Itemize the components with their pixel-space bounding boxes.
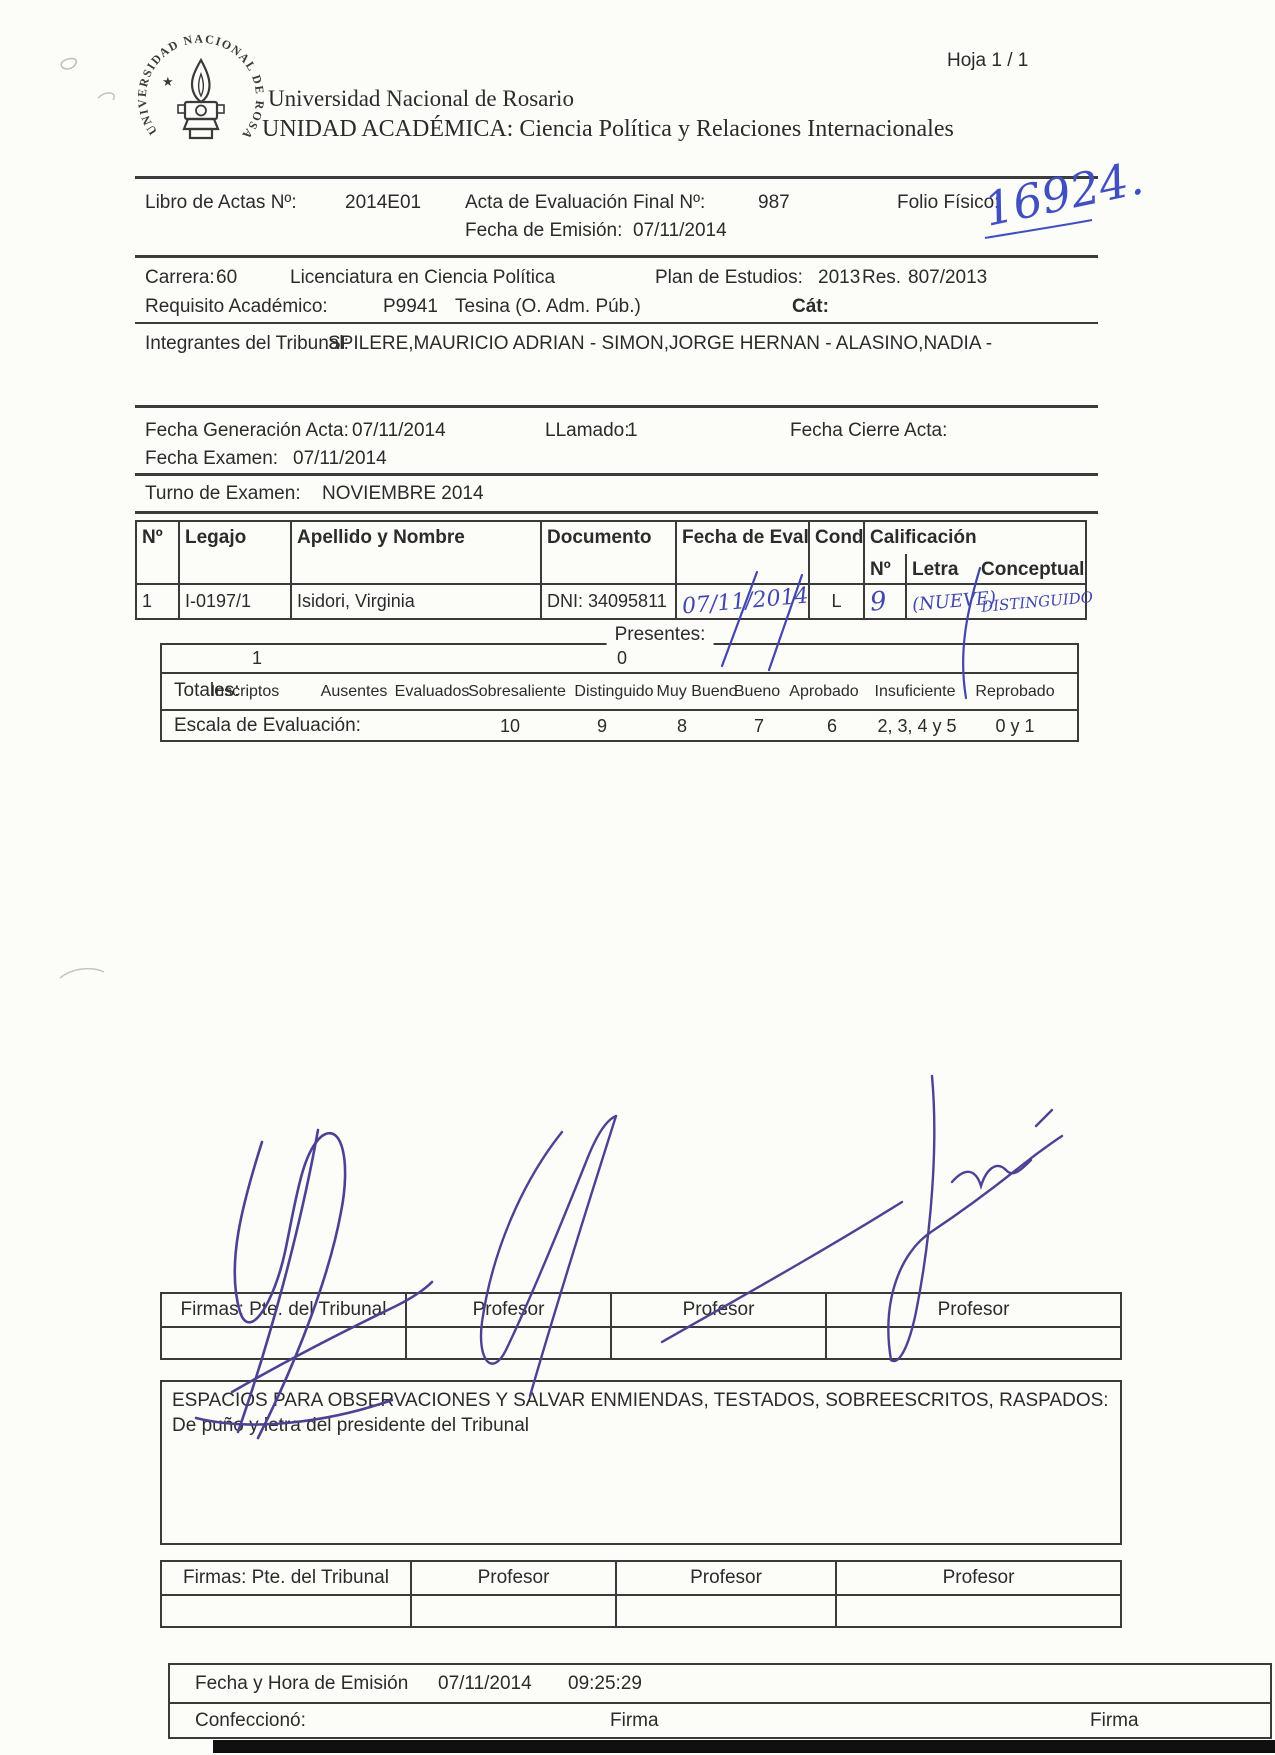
escala-label: Escala de Evaluación: — [174, 715, 361, 737]
turno-examen-label: Turno de Examen: — [145, 483, 301, 505]
emission-row: Fecha y Hora de Emisión 07/11/2014 09:25… — [170, 1665, 1270, 1704]
presentes-label: Presentes: — [607, 624, 714, 646]
cell-cond: L — [809, 584, 864, 619]
torch-base-bottom — [190, 129, 212, 138]
catedra-label: Cát: — [792, 296, 829, 318]
escala-reprobado: 0 y 1 — [995, 716, 1034, 737]
totales-col-muy-bueno: Muy Bueno — [657, 683, 738, 701]
plan-estudios-value: 2013 — [818, 267, 860, 289]
totals-box: 1 0 Totales: Inscriptos Ausentes Evaluad… — [160, 643, 1079, 742]
divider — [135, 322, 1098, 324]
escala-row: Escala de Evaluación: 10 9 8 7 6 2, 3, 4… — [162, 711, 1077, 740]
totales-col-aprobado: Aprobado — [789, 683, 858, 701]
torch-emblem — [196, 106, 206, 116]
cell-legajo: I-0197/1 — [179, 584, 291, 619]
totales-col-inscriptos: Inscriptos — [211, 683, 279, 701]
signatures-table-1: Firmas: Pte. del Tribunal Profesor Profe… — [160, 1292, 1120, 1360]
col-header-nro: Nº — [136, 521, 179, 584]
fecha-examen-value: 07/11/2014 — [293, 448, 387, 470]
turno-examen-value: NOVIEMBRE 2014 — [322, 483, 484, 505]
firmas2-presidente-label: Firmas: Pte. del Tribunal — [161, 1561, 411, 1595]
tribunal-members: SPILERE,MAURICIO ADRIAN - SIMON,JORGE HE… — [328, 333, 992, 355]
seal-star-icon: ★ — [162, 74, 174, 89]
escala-insuficiente: 2, 3, 4 y 5 — [877, 716, 956, 737]
fecha-emision-value: 07/11/2014 — [633, 220, 727, 242]
firmas1-presidente-signline — [161, 1327, 406, 1359]
firma-label-1: Firma — [610, 1710, 659, 1732]
emission-date: 07/11/2014 — [438, 1673, 532, 1695]
handwritten-calif-conceptual: DISTINGUIDO — [981, 590, 1094, 615]
confecciono-row: Confeccionó: Firma Firma — [170, 1704, 1270, 1737]
firmas2-profesor2-signline — [616, 1595, 836, 1627]
totales-col-bueno: Bueno — [734, 683, 780, 701]
firmas1-profesor1-signline — [406, 1327, 611, 1359]
tribunal-label: Integrantes del Tribunal: — [145, 333, 349, 355]
divider — [135, 255, 1098, 258]
scanned-acta-document: Hoja 1 / 1 UNIVERSIDAD NACIONAL DE ROSAR… — [0, 0, 1275, 1755]
emission-time: 09:25:29 — [568, 1673, 642, 1695]
firmas2-profesor3-signline — [836, 1595, 1121, 1627]
firmas1-profesor1-label: Profesor — [406, 1293, 611, 1327]
university-name: Universidad Nacional de Rosario — [268, 86, 574, 112]
firmas2-profesor1-signline — [411, 1595, 616, 1627]
inscriptos-count: 1 — [252, 648, 262, 669]
signatures-table-2: Firmas: Pte. del Tribunal Profesor Profe… — [160, 1560, 1120, 1628]
folio-fisico-label: Folio Físico: — [897, 192, 999, 214]
escala-aprobado: 6 — [827, 716, 837, 737]
handwritten-fecha-eval: 07/11/2014 — [681, 585, 809, 618]
plan-estudios-label: Plan de Estudios: — [655, 267, 803, 289]
firmas1-profesor3-label: Profesor — [826, 1293, 1121, 1327]
fecha-generacion-value: 07/11/2014 — [352, 420, 446, 442]
col-header-apellido: Apellido y Nombre — [291, 521, 541, 584]
cell-calif-nro: 9 — [864, 584, 906, 619]
seal-text: UNIVERSIDAD NACIONAL DE ROSARIO — [138, 34, 264, 143]
torch-base-top — [184, 119, 218, 129]
firmas2-profesor1-label: Profesor — [411, 1561, 616, 1595]
llamado-value: 1 — [627, 420, 638, 442]
col-header-cond: Cond — [809, 521, 864, 584]
col-header-calif-letra: Letra — [906, 554, 976, 584]
observations-box: ESPACIOS PARA OBSERVACIONES Y SALVAR ENM… — [160, 1380, 1122, 1545]
divider — [135, 176, 1098, 179]
requisito-name: Tesina (O. Adm. Púb.) — [455, 296, 641, 318]
totales-col-ausentes: Ausentes — [321, 683, 388, 701]
pencil-mark — [98, 93, 114, 100]
totales-col-insuficiente: Insuficiente — [875, 683, 956, 701]
col-header-calif-conceptual: Conceptual — [976, 554, 1086, 584]
fecha-examen-label: Fecha Examen: — [145, 448, 278, 470]
scan-edge-bar — [213, 1740, 1275, 1753]
totals-header-row: Totales: Inscriptos Ausentes Evaluados S… — [162, 674, 1077, 711]
escala-distinguido: 9 — [597, 716, 607, 737]
col-header-fecha-eval: Fecha de Eval — [676, 521, 809, 584]
llamado-label: LLamado: — [545, 420, 630, 442]
escala-muy-bueno: 8 — [677, 716, 687, 737]
firmas1-profesor2-signline — [611, 1327, 826, 1359]
divider — [135, 511, 1098, 514]
emission-label: Fecha y Hora de Emisión — [195, 1673, 408, 1695]
cell-calif-letra: (NUEVE) — [906, 584, 976, 619]
col-header-calif-nro: Nº — [864, 554, 906, 584]
cell-documento: DNI: 34095811 — [541, 584, 676, 619]
observations-line2: De puño y letra del presidente del Tribu… — [172, 1414, 1110, 1439]
carrera-label: Carrera: — [145, 267, 215, 289]
requisito-code: P9941 — [383, 296, 438, 318]
col-header-calificacion: Calificación — [864, 521, 1086, 554]
libro-actas-label: Libro de Actas Nº: — [145, 192, 297, 214]
page-number: Hoja 1 / 1 — [947, 50, 1028, 72]
confecciono-label: Confeccionó: — [195, 1710, 306, 1732]
academic-unit-title: UNIDAD ACADÉMICA: Ciencia Política y Rel… — [262, 116, 954, 143]
torch-body — [185, 102, 217, 119]
firmas2-profesor3-label: Profesor — [836, 1561, 1121, 1595]
totales-col-evaluados: Evaluados — [395, 683, 470, 701]
carrera-code: 60 — [216, 267, 237, 289]
observations-line1: ESPACIOS PARA OBSERVACIONES Y SALVAR ENM… — [172, 1389, 1110, 1414]
fecha-cierre-label: Fecha Cierre Acta: — [790, 420, 947, 442]
cell-fecha-eval: 07/11/2014 — [676, 584, 809, 619]
acta-eval-label: Acta de Evaluación Final Nº: — [465, 192, 705, 214]
firmas1-profesor3-signline — [826, 1327, 1121, 1359]
pencil-mark — [61, 58, 76, 69]
presentes-count: 0 — [617, 648, 627, 669]
university-seal-logo: UNIVERSIDAD NACIONAL DE ROSARIO ★ — [138, 34, 264, 160]
col-header-legajo: Legajo — [179, 521, 291, 584]
firmas2-presidente-signline — [161, 1595, 411, 1627]
torch-flame-inner — [199, 74, 204, 96]
cell-apellido: Isidori, Virginia — [291, 584, 541, 619]
firma-label-2: Firma — [1090, 1710, 1139, 1732]
totales-col-sobresaliente: Sobresaliente — [468, 683, 566, 701]
cell-nro: 1 — [136, 584, 179, 619]
resolucion-label: Res. — [862, 267, 901, 289]
fecha-emision-label: Fecha de Emisión: — [465, 220, 622, 242]
folio-underline-stroke — [985, 220, 1092, 238]
libro-actas-value: 2014E01 — [345, 192, 421, 214]
emission-footer-box: Fecha y Hora de Emisión 07/11/2014 09:25… — [168, 1663, 1272, 1739]
handwritten-folio-number: 16924. — [979, 150, 1148, 236]
totales-col-reprobado: Reprobado — [975, 683, 1054, 701]
acta-eval-value: 987 — [758, 192, 790, 214]
divider — [135, 473, 1098, 476]
handwritten-calif-nro: 9 — [869, 588, 888, 615]
totals-counts-row: 1 0 — [162, 645, 1077, 674]
escala-bueno: 7 — [754, 716, 764, 737]
firmas1-profesor2-label: Profesor — [611, 1293, 826, 1327]
fecha-generacion-label: Fecha Generación Acta: — [145, 420, 349, 442]
totales-col-distinguido: Distinguido — [574, 683, 653, 701]
divider — [135, 405, 1098, 408]
firmas1-presidente-label: Firmas: Pte. del Tribunal — [161, 1293, 406, 1327]
requisito-label: Requisito Académico: — [145, 296, 328, 318]
escala-sobresaliente: 10 — [500, 716, 520, 737]
resolucion-value: 807/2013 — [908, 267, 987, 289]
grades-row: 1 I-0197/1 Isidori, Virginia DNI: 340958… — [136, 584, 1086, 619]
carrera-name: Licenciatura en Ciencia Política — [290, 267, 555, 289]
firmas2-profesor2-label: Profesor — [616, 1561, 836, 1595]
col-header-documento: Documento — [541, 521, 676, 584]
svg-text:UNIVERSIDAD NACIONAL DE ROSARI: UNIVERSIDAD NACIONAL DE ROSARIO — [138, 34, 264, 143]
pencil-mark — [60, 969, 104, 978]
grades-table: Nº Legajo Apellido y Nombre Documento Fe… — [135, 520, 1087, 620]
